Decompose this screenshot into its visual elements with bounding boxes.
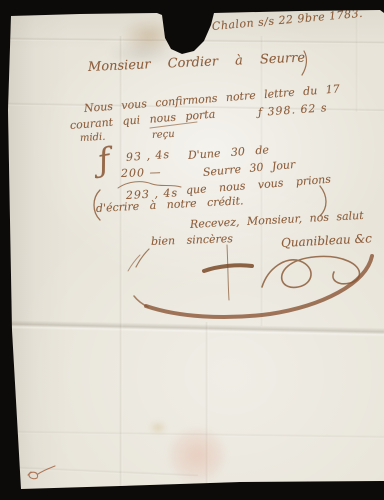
- body-word-recu: reçu: [152, 129, 175, 141]
- account-entry-1: 93 , 4s: [126, 148, 171, 164]
- currency-florin-symbol: ƒ: [95, 140, 113, 179]
- fold-crease-horizontal-main: [6, 320, 384, 337]
- fold-crease-horizontal-top: [8, 37, 384, 45]
- signature-name: Quanibleau &c: [281, 231, 373, 250]
- closing-line-1: Recevez, Monsieur, nos salut: [190, 209, 364, 231]
- closing-line-2: bien sincères: [151, 232, 233, 248]
- wax-seal-stain: [168, 428, 226, 482]
- flourish-tick-2: [128, 255, 140, 271]
- account-term-1: D'une 30 de: [188, 143, 270, 162]
- account-note-2: d'écrire à notre crédit.: [96, 194, 244, 215]
- amount-right: ƒ 398. 62 s: [258, 101, 328, 119]
- dateline: Chalon s/s 22 9bre 1783.: [211, 7, 363, 33]
- signature-flourish-sweep-taper: [134, 296, 148, 307]
- signature-flourish-loops: [262, 256, 360, 287]
- signature-flourish-sweep: [146, 256, 372, 317]
- small-yellow-stain: [150, 422, 166, 433]
- fold-crease-vertical-top-right: [355, 12, 359, 112]
- ink-strokes-layer: [0, 0, 384, 500]
- flourish-vertical-stroke: [227, 245, 229, 300]
- account-entry-2: 200 —: [121, 166, 162, 180]
- flourish-bold-dash: [204, 265, 252, 271]
- letter-photograph: Chalon s/s 22 9bre 1783. Monsieur Cordie…: [0, 0, 384, 500]
- letter-paper-sheet: Chalon s/s 22 9bre 1783. Monsieur Cordie…: [0, 0, 384, 500]
- flourish-tick-1: [136, 249, 149, 267]
